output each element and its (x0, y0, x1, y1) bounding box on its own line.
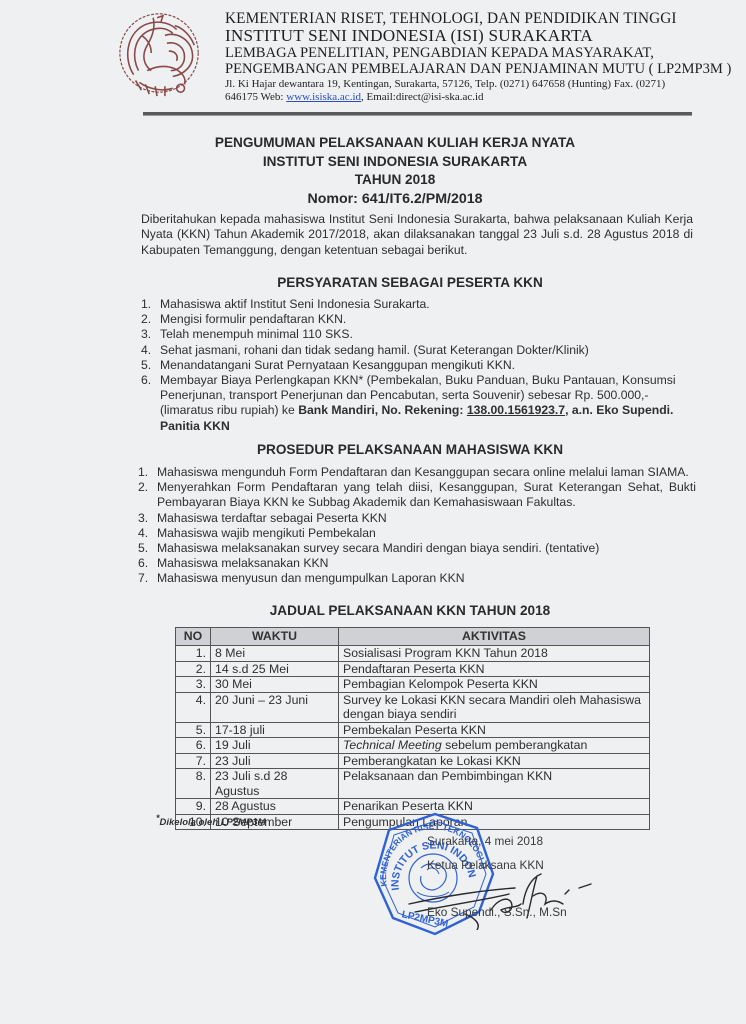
place-date: Surakarta, 4 mei 2018 (427, 834, 543, 848)
table-row: 7.23 JuliPemberangkatan ke Lokasi KKN (176, 753, 650, 769)
unit-name-line2: PENGEMBANGAN PEMBELAJARAN DAN PENJAMINAN… (225, 61, 731, 77)
aktivitas-text: Pemberangkatan ke Lokasi KKN (343, 754, 521, 768)
bank-name: Bank Mandiri, No. Rekening: (298, 403, 467, 417)
institute-name: INSTITUT SENI INDONESIA (ISI) SURAKARTA (225, 27, 731, 45)
unit-name-line1: LEMBAGA PENELITIAN, PENGABDIAN KEPADA MA… (225, 45, 731, 61)
item-number: 1. (141, 297, 151, 312)
table-row: 4.20 Juni – 23 JuniSurvey ke Lokasi KKN … (176, 692, 650, 722)
requirement-item: 6.Membayar Biaya Perlengkapan KKN* (Pemb… (141, 373, 693, 434)
item-number: 4. (138, 526, 148, 541)
item-text: Menyerahkan Form Pendaftaran yang telah … (157, 480, 696, 509)
item-number: 2. (141, 312, 151, 327)
procedure-item: 5.Mahasiswa melaksanakan survey secara M… (138, 541, 696, 556)
cell-aktivitas: Pemberangkatan ke Lokasi KKN (339, 753, 650, 769)
schedule-heading: JADUAL PELAKSANAAN KKN TAHUN 2018 (130, 603, 690, 618)
table-row: 5.17-18 juliPembekalan Peserta KKN (176, 722, 650, 738)
column-header-no: NO (176, 628, 211, 646)
cell-waktu: 23 Juli (211, 753, 339, 769)
column-header-waktu: WAKTU (211, 628, 339, 646)
letterhead: KEMENTERIAN RISET, TEHNOLOGI, DAN PENDID… (225, 10, 731, 104)
aktivitas-text: Survey ke Lokasi KKN secara Mandiri oleh… (343, 693, 641, 722)
item-text: Telah menempuh minimal 110 SKS. (160, 327, 353, 341)
announcement-title: PENGUMUMAN PELAKSANAAN KULIAH KERJA NYAT… (130, 134, 660, 208)
aktivitas-text: Pelaksanaan dan Pembimbingan KKN (343, 769, 552, 783)
handwritten-signature-icon (405, 870, 615, 930)
cell-no: 2. (176, 661, 211, 677)
contact-line: 646175 Web: www.isiska.ac.id, Email:dire… (225, 91, 731, 104)
signatory-name: Eko Supendi., S.Sn., M.Sn (427, 905, 567, 919)
fax-continuation: 646175 Web: (225, 91, 286, 103)
item-text: Mahasiswa melaksanakan survey secara Man… (157, 541, 599, 555)
cell-no: 6. (176, 738, 211, 754)
aktivitas-text: sebelum pemberangkatan (442, 738, 588, 752)
address-line: Jl. Ki Hajar dewantara 19, Kentingan, Su… (225, 77, 731, 91)
aktivitas-text: Pembekalan Peserta KKN (343, 723, 486, 737)
item-number: 3. (141, 327, 151, 342)
table-row: 8.23 Juli s.d 28 AgustusPelaksanaan dan … (176, 769, 650, 799)
table-footnote: *Dikelola oleh LP2MP3M (156, 813, 266, 828)
requirement-item: 2.Mengisi formulir pendaftaran KKN. (141, 312, 693, 327)
item-text: Mengisi formulir pendaftaran KKN. (160, 312, 346, 326)
item-text: Mahasiswa terdaftar sebagai Peserta KKN (157, 511, 387, 525)
letterhead-divider (143, 112, 692, 116)
cell-aktivitas: Sosialisasi Program KKN Tahun 2018 (339, 646, 650, 662)
item-number: 2. (138, 480, 148, 495)
procedure-item: 4.Mahasiswa wajib mengikuti Pembekalan (138, 526, 696, 541)
procedure-list: 1.Mahasiswa mengunduh Form Pendaftaran d… (138, 465, 696, 587)
item-number: 5. (138, 541, 148, 556)
cell-no: 4. (176, 692, 211, 722)
cell-waktu: 30 Mei (211, 677, 339, 693)
item-number: 7. (138, 571, 148, 586)
aktivitas-text: Pembagian Kelompok Peserta KKN (343, 677, 538, 691)
procedure-item: 1.Mahasiswa mengunduh Form Pendaftaran d… (138, 465, 696, 480)
cell-aktivitas: Pendaftaran Peserta KKN (339, 661, 650, 677)
item-number: 6. (141, 373, 151, 388)
cell-aktivitas: Pembekalan Peserta KKN (339, 722, 650, 738)
account-number: 138.00.1561923.7 (467, 403, 565, 417)
requirement-item: 1.Mahasiswa aktif Institut Seni Indonesi… (141, 297, 693, 312)
requirement-item: 3.Telah menempuh minimal 110 SKS. (141, 327, 693, 342)
requirement-item: 4.Sehat jasmani, rohani dan tidak sedang… (141, 343, 693, 358)
cell-waktu: 23 Juli s.d 28 Agustus (211, 769, 339, 799)
procedure-item: 3.Mahasiswa terdaftar sebagai Peserta KK… (138, 511, 696, 526)
intro-paragraph: Diberitahukan kepada mahasiswa Institut … (141, 212, 693, 258)
email-text: , Email:direct@isi-ska.ac.id (361, 91, 484, 103)
procedure-item: 6.Mahasiswa melaksanakan KKN (138, 556, 696, 571)
cell-no: 5. (176, 722, 211, 738)
item-number: 3. (138, 511, 148, 526)
aktivitas-emphasis: Technical Meeting (343, 738, 442, 752)
table-row: 2.14 s.d 25 MeiPendaftaran Peserta KKN (176, 661, 650, 677)
item-text: Sehat jasmani, rohani dan tidak sedang h… (160, 343, 589, 357)
cell-no: 7. (176, 753, 211, 769)
isi-phoenix-logo-icon (112, 6, 210, 100)
cell-waktu: 28 Agustus (211, 799, 339, 815)
cell-waktu: 14 s.d 25 Mei (211, 661, 339, 677)
item-text: Mahasiswa mengunduh Form Pendaftaran dan… (157, 465, 689, 479)
cell-waktu: 19 Juli (211, 738, 339, 754)
cell-aktivitas: Survey ke Lokasi KKN secara Mandiri oleh… (339, 692, 650, 722)
cell-no: 8. (176, 769, 211, 799)
aktivitas-text: Pendaftaran Peserta KKN (343, 662, 485, 676)
table-row: 3.30 MeiPembagian Kelompok Peserta KKN (176, 677, 650, 693)
cell-aktivitas: Pelaksanaan dan Pembimbingan KKN (339, 769, 650, 799)
title-line-2: INSTITUT SENI INDONESIA SURAKARTA (130, 153, 660, 172)
cell-waktu: 20 Juni – 23 Juni (211, 692, 339, 722)
cell-aktivitas: Pembagian Kelompok Peserta KKN (339, 677, 650, 693)
requirement-item: 5.Menandatangani Surat Pernyataan Kesang… (141, 358, 693, 373)
item-text: Mahasiswa wajib mengikuti Pembekalan (157, 526, 376, 540)
website-link[interactable]: www.isiska.ac.id (286, 91, 361, 103)
ministry-name: KEMENTERIAN RISET, TEHNOLOGI, DAN PENDID… (225, 10, 731, 27)
item-text: Mahasiswa melaksanakan KKN (157, 556, 328, 570)
requirements-list: 1.Mahasiswa aktif Institut Seni Indonesi… (141, 297, 693, 434)
cell-no: 3. (176, 677, 211, 693)
item-number: 1. (138, 465, 148, 480)
cell-waktu: 17-18 juli (211, 722, 339, 738)
aktivitas-text: Sosialisasi Program KKN Tahun 2018 (343, 646, 548, 660)
item-number: 6. (138, 556, 148, 571)
item-text: Mahasiswa menyusun dan mengumpulkan Lapo… (157, 571, 465, 585)
cell-waktu: 8 Mei (211, 646, 339, 662)
item-number: 5. (141, 358, 151, 373)
schedule-table: NO WAKTU AKTIVITAS 1.8 MeiSosialisasi Pr… (175, 627, 650, 830)
schedule-header-row: NO WAKTU AKTIVITAS (176, 628, 650, 646)
title-line-1: PENGUMUMAN PELAKSANAAN KULIAH KERJA NYAT… (130, 134, 660, 153)
document-number: Nomor: 641/IT6.2/PM/2018 (130, 190, 660, 209)
table-row: 6.19 JuliTechnical Meeting sebelum pembe… (176, 738, 650, 754)
cell-no: 1. (176, 646, 211, 662)
procedure-item: 7.Mahasiswa menyusun dan mengumpulkan La… (138, 571, 696, 586)
item-text: Mahasiswa aktif Institut Seni Indonesia … (160, 297, 430, 311)
column-header-aktivitas: AKTIVITAS (339, 628, 650, 646)
procedure-heading: PROSEDUR PELAKSANAAN MAHASISWA KKN (130, 442, 690, 457)
requirements-heading: PERSYARATAN SEBAGAI PESERTA KKN (130, 275, 690, 290)
footnote-text: Dikelola oleh LP2MP3M (160, 817, 266, 828)
item-number: 4. (141, 343, 151, 358)
procedure-item: 2.Menyerahkan Form Pendaftaran yang tela… (138, 480, 696, 510)
announcement-page: KEMENTERIAN RISET, TEHNOLOGI, DAN PENDID… (0, 0, 746, 1024)
cell-aktivitas: Technical Meeting sebelum pemberangkatan (339, 738, 650, 754)
cell-no: 9. (176, 799, 211, 815)
title-line-3: TAHUN 2018 (130, 171, 660, 190)
table-row: 1.8 MeiSosialisasi Program KKN Tahun 201… (176, 646, 650, 662)
item-text: Menandatangani Surat Pernyataan Kesanggu… (160, 358, 515, 372)
